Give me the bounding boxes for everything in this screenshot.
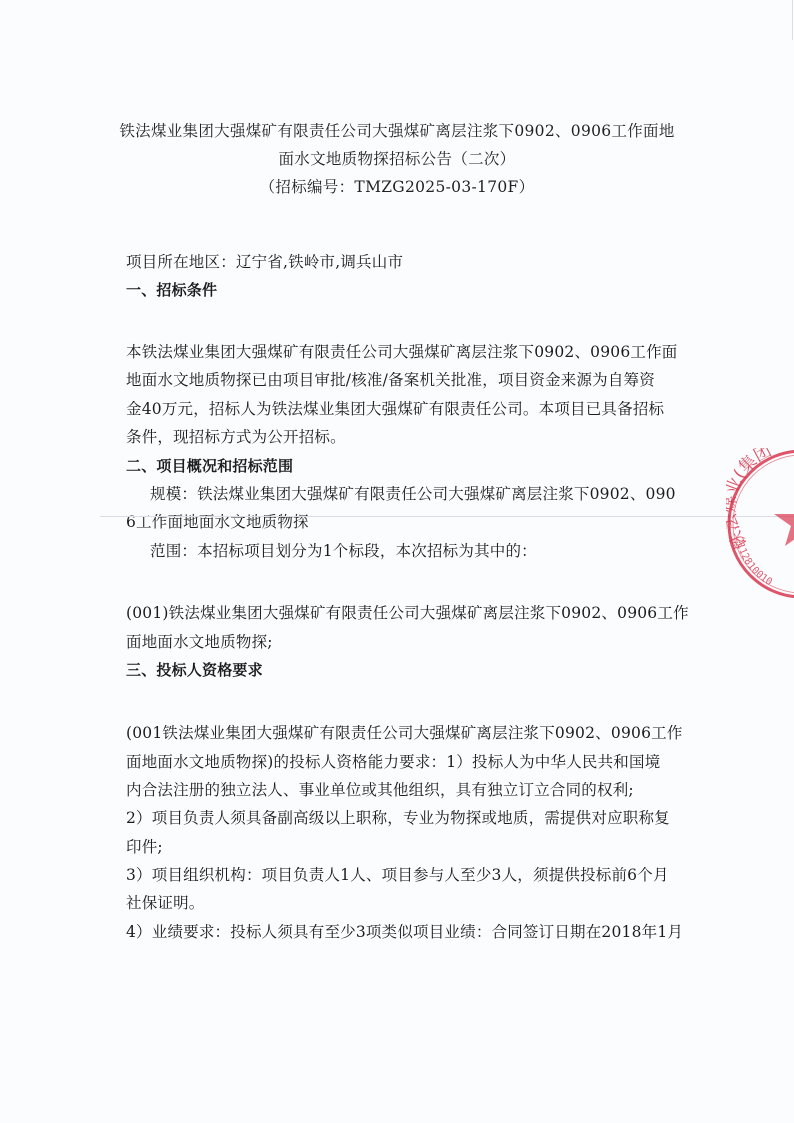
qualification-line: 内合法注册的独立法人、事业单位或其他组织，具有独立订立合同的权利; bbox=[126, 780, 634, 800]
scale-line-cont: 6工作面地面水文地质物探 bbox=[126, 512, 309, 532]
tender-number: （招标编号：TMZG2025-03-170F） bbox=[0, 177, 794, 197]
qualification-line: 社保证明。 bbox=[126, 893, 205, 913]
paragraph-line: 条件，现招标方式为公开招标。 bbox=[126, 427, 346, 447]
company-seal: 铁法煤业(集团 2112810010 bbox=[726, 448, 794, 600]
svg-text:铁法煤业(集团: 铁法煤业(集团 bbox=[726, 448, 775, 552]
document-title-line-2: 面水文地质物探招标公告（二次） bbox=[0, 149, 794, 169]
qualification-line: 印件; bbox=[126, 837, 163, 857]
qualification-line: 3）项目组织机构：项目负责人1人、项目参与人至少3人，须提供投标前6个月 bbox=[126, 865, 669, 885]
qualification-line: 面地面水文地质物探)的投标人资格能力要求：1）投标人为中华人民共和国境 bbox=[126, 752, 660, 772]
scan-artifact-line bbox=[100, 516, 794, 517]
section-heading-tender-conditions: 一、招标条件 bbox=[126, 280, 217, 300]
paragraph-line: 本铁法煤业集团大强煤矿有限责任公司大强煤矿离层注浆下0902、0906工作面 bbox=[126, 342, 678, 362]
paragraph-line: 金40万元，招标人为铁法煤业集团大强煤矿有限责任公司。本项目已具备招标 bbox=[126, 399, 664, 419]
qualification-line: 4）业绩要求：投标人须具有至少3项类似项目业绩：合同签订日期在2018年1月 bbox=[126, 922, 683, 942]
lot-line: (001)铁法煤业集团大强煤矿有限责任公司大强煤矿离层注浆下0902、0906工… bbox=[126, 603, 689, 623]
scope-line: 范围：本招标项目划分为1个标段，本次招标为其中的： bbox=[150, 541, 537, 561]
qualification-line: 2）项目负责人须具备副高级以上职称，专业为物探或地质，需提供对应职称复 bbox=[126, 808, 670, 828]
scale-line: 规模：铁法煤业集团大强煤矿有限责任公司大强煤矿离层注浆下0902、090 bbox=[150, 484, 676, 504]
star-icon bbox=[774, 494, 794, 546]
section-heading-project-overview: 二、项目概况和招标范围 bbox=[126, 456, 293, 476]
seal-text: 铁法煤业(集团 bbox=[726, 448, 775, 552]
section-heading-bidder-qualifications: 三、投标人资格要求 bbox=[126, 660, 263, 680]
document-page: 铁法煤业集团大强煤矿有限责任公司大强煤矿离层注浆下0902、0906工作面地 面… bbox=[0, 0, 794, 1123]
lot-line-cont: 面地面水文地质物探; bbox=[126, 632, 273, 652]
qualification-line: (001铁法煤业集团大强煤矿有限责任公司大强煤矿离层注浆下0902、0906工作 bbox=[126, 723, 683, 743]
paragraph-line: 地面水文地质物探已由项目审批/核准/备案机关批准，项目资金来源为自筹资 bbox=[126, 370, 655, 390]
scan-edge bbox=[792, 0, 793, 40]
document-title-line-1: 铁法煤业集团大强煤矿有限责任公司大强煤矿离层注浆下0902、0906工作面地 bbox=[0, 121, 794, 141]
project-region: 项目所在地区：辽宁省,铁岭市,调兵山市 bbox=[126, 252, 403, 272]
